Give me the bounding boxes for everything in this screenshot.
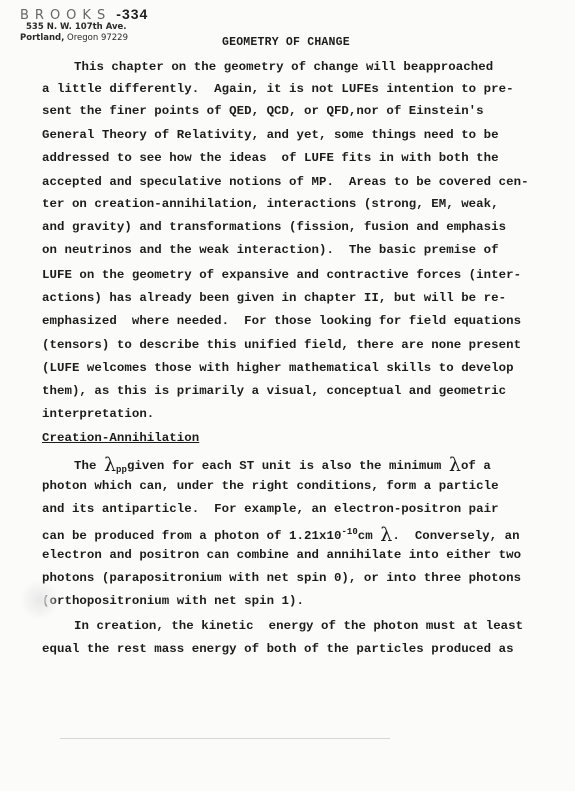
body-line: equal the rest mass energy of both of th…	[42, 642, 514, 656]
body-line: emphasized where needed. For those looki…	[42, 314, 521, 328]
body-line: accepted and speculative notions of MP. …	[42, 175, 529, 189]
body-line: ter on creation-annihilation, interactio…	[42, 197, 499, 211]
section-heading: Creation-Annihilation	[42, 431, 199, 445]
stamp-address: 535 N. W. 107th Ave.	[26, 22, 148, 32]
page-title: GEOMETRY OF CHANGE	[222, 36, 350, 49]
lambda-symbol: λ	[104, 454, 116, 476]
address-stamp: BROOKS -334 535 N. W. 107th Ave. Portlan…	[20, 4, 148, 43]
lambda-symbol: λ	[449, 454, 461, 476]
body-line: photons (parapositronium with net spin 0…	[42, 571, 521, 585]
body-line: sent the finer points of QED, QCD, or QF…	[42, 104, 484, 118]
body-line: interpretation.	[42, 407, 154, 421]
body-line: them), as this is primarily a visual, co…	[42, 384, 506, 398]
body-line: actions) has already been given in chapt…	[42, 291, 506, 305]
stamp-name: BROOKS	[20, 8, 111, 23]
body-line: General Theory of Relativity, and yet, s…	[42, 128, 499, 142]
body-line: photon which can, under the right condit…	[42, 479, 499, 493]
body-line: This chapter on the geometry of change w…	[74, 60, 493, 74]
body-line: The λppgiven for each ST unit is also th…	[74, 454, 491, 476]
body-line: (orthopositronium with net spin 1).	[42, 594, 304, 608]
body-line: addressed to see how the ideas of LUFE f…	[42, 151, 499, 165]
body-line: on neutrinos and the weak interaction). …	[42, 243, 499, 257]
scan-smudge	[20, 580, 60, 620]
body-line: (LUFE welcomes those with higher mathema…	[42, 361, 514, 375]
body-line: LUFE on the geometry of expansive and co…	[42, 268, 521, 282]
body-line: electron and positron can combine and an…	[42, 548, 521, 562]
body-line: (tensors) to describe this unified field…	[42, 338, 521, 352]
scan-artifact-line	[60, 738, 390, 739]
page-number: -334	[116, 6, 148, 22]
body-line: and gravity) and transformations (fissio…	[42, 220, 506, 234]
stamp-city: Portland, Oregon 97229	[20, 33, 148, 43]
body-line: a little differently. Again, it is not L…	[42, 82, 514, 96]
body-line: can be produced from a photon of 1.21x10…	[42, 524, 520, 546]
lambda-symbol: λ	[380, 524, 392, 546]
body-line: In creation, the kinetic energy of the p…	[74, 619, 523, 633]
body-line: and its antiparticle. For example, an el…	[42, 502, 499, 516]
